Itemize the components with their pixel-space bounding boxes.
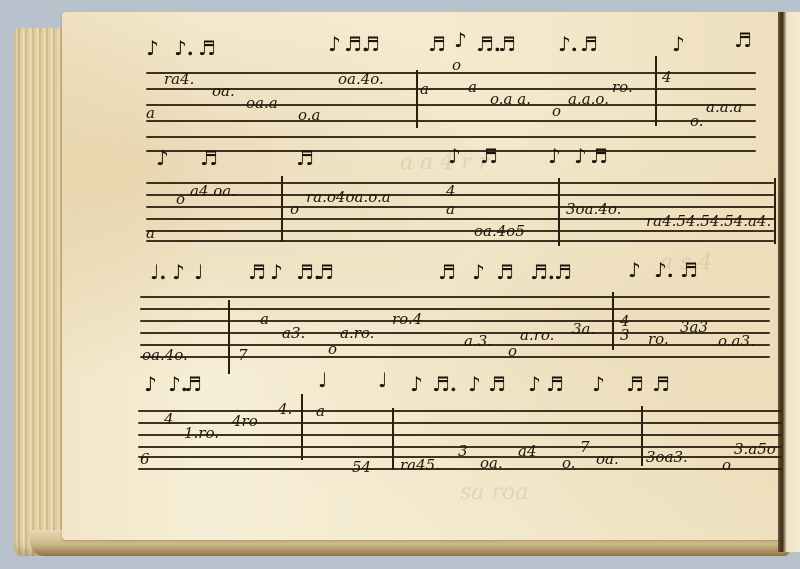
tablature-letters: 3a. [572, 322, 595, 337]
rhythm-flag: ♪ [454, 30, 467, 50]
tablature-letters: 54 [352, 460, 371, 475]
tablature-letters: o.a [298, 108, 320, 123]
staff-line [140, 356, 770, 358]
staff-line [146, 120, 756, 122]
tablature-letters: a [316, 404, 325, 419]
tablature-letters: 7 [580, 440, 590, 455]
tablature-letters: a [446, 202, 455, 217]
tablature-letters: oa. [212, 84, 235, 99]
tablature-letters: a.3. [464, 334, 492, 349]
tablature-letters: 1.ro. [184, 426, 219, 441]
tablature-letters: o. [690, 114, 704, 129]
tablature-letters: o.a3. [718, 334, 755, 349]
tablature-letters: a4 [518, 444, 537, 459]
rhythm-flag: ♪ [146, 38, 159, 58]
tablature-letters: 3a3 [680, 320, 708, 335]
staff-line [146, 206, 774, 208]
rhythm-flag: ♩ [318, 370, 327, 390]
rhythm-flag: ♬ [362, 34, 380, 54]
rhythm-flag: ♬ [546, 374, 564, 394]
tablature-letters: ra4.54.54.54.a4. [646, 214, 771, 229]
tablature-letters: 3.a5o [734, 442, 776, 457]
rhythm-flag: ♩. [150, 262, 166, 282]
tablature-letters: 7 [238, 348, 248, 363]
tablature-letters: oa.4o. [338, 72, 384, 87]
rhythm-flag: ♬ [184, 374, 202, 394]
tablature-letters: ra4. [164, 72, 194, 87]
tablature-letters: a.a.a [706, 100, 742, 115]
rhythm-flag: ♪. [558, 34, 578, 54]
barline [655, 56, 657, 126]
rhythm-flag: ♬ [438, 262, 456, 282]
rhythm-flag: ♬. [530, 262, 555, 282]
tablature-letters: oa. [480, 456, 503, 471]
rhythm-flag: ♪ [410, 374, 423, 394]
tablature-letters: o [328, 342, 337, 357]
tablature-letters: ro.4 [392, 312, 422, 327]
rhythm-flag: ♬. [432, 374, 457, 394]
tablature-letters: oa.4o. [142, 348, 188, 363]
bleed-through-text: sa roa [460, 480, 528, 505]
rhythm-flag: ♪ [592, 374, 605, 394]
rhythm-flag: ♬ [248, 262, 266, 282]
tablature-letters: o [290, 202, 299, 217]
tablature-letters: o. [562, 456, 576, 471]
rhythm-flag: ♪ [270, 262, 283, 282]
rhythm-flag: ♪. [174, 38, 194, 58]
rhythm-flag: ♪ [628, 260, 641, 280]
rhythm-flag: ♬ [590, 146, 608, 166]
rhythm-flag: ♬ [580, 34, 598, 54]
tablature-letters: o.a a. [490, 92, 531, 107]
rhythm-flag: ♪ [468, 374, 481, 394]
tablature-letters: oa. [596, 452, 619, 467]
tablature-letters: a3. [282, 326, 305, 341]
rhythm-flag: ♬ [680, 260, 698, 280]
rhythm-flag: ♪ [672, 34, 685, 54]
tablature-letters: 3oa.4o. [566, 202, 621, 217]
tablature-letters: o [722, 458, 731, 473]
book-gutter [778, 12, 800, 552]
staff-line [138, 434, 782, 436]
rhythm-flag: ♩ [378, 370, 387, 390]
rhythm-flag: ♬ [734, 30, 752, 50]
manuscript-book: a a 4 r ra s 4sa roa♪♪.♬♪♬.♬♬♪♬.♬♪.♬♪♬ar… [0, 0, 800, 569]
tablature-letters: a [146, 226, 155, 241]
tablature-letters: o [452, 58, 461, 73]
rhythm-flag: ♬ [480, 146, 498, 166]
staff-line [146, 230, 774, 232]
rhythm-flag: ♪ [448, 146, 461, 166]
rhythm-flag: ♪ [528, 374, 541, 394]
tablature-letters: 3 [458, 444, 468, 459]
rhythm-flag: ♬ [198, 38, 216, 58]
staff-line [146, 104, 756, 106]
tablature-letters: oa.4o5 [474, 224, 525, 239]
tablature-letters: 4 [164, 412, 174, 427]
barline [281, 176, 283, 242]
rhythm-flag: ♪ [156, 148, 169, 168]
rhythm-flag: ♬ [200, 148, 218, 168]
tablature-letters: 4ro [232, 414, 258, 429]
staff-line [146, 88, 756, 90]
staff-line [146, 194, 774, 196]
rhythm-flag: ♪. [654, 260, 674, 280]
barline [392, 408, 394, 470]
staff-line [140, 296, 770, 298]
staff-line [140, 344, 770, 346]
tablature-letters: oa.a [246, 96, 278, 111]
tablature-letters: ra.o4oa.o.a [306, 190, 391, 205]
barline [641, 406, 643, 466]
tablature-letters: o [508, 344, 517, 359]
tablature-letters: ro. [648, 332, 669, 347]
rhythm-flag: ♪ [328, 34, 341, 54]
tablature-letters: 3 [620, 328, 630, 343]
rhythm-flag: ♬ [554, 262, 572, 282]
barline [301, 394, 303, 460]
rhythm-flag: ♩ [194, 262, 203, 282]
barline [416, 70, 418, 128]
tablature-letters: 4 [446, 184, 456, 199]
tablature-letters: a4.oa. [190, 184, 236, 199]
rhythm-flag: ♬ [498, 34, 516, 54]
tablature-letters: a [260, 312, 269, 327]
tablature-letters: a.ro. [520, 328, 554, 343]
tablature-letters: ra45. [400, 458, 440, 473]
tablature-letters: 4. [278, 402, 292, 417]
staff-line [138, 468, 782, 470]
rhythm-flag: ♬ [316, 262, 334, 282]
rhythm-flag: ♪ [574, 146, 587, 166]
tablature-letters: o [552, 104, 561, 119]
tablature-letters: 6 [140, 452, 150, 467]
rhythm-flag: ♬ [488, 374, 506, 394]
barline [774, 178, 776, 244]
rhythm-flag: ♬ [428, 34, 446, 54]
staff-line [146, 182, 774, 184]
barline [612, 292, 614, 350]
bleed-through-text: a a 4 r r [400, 150, 489, 175]
staff-line [140, 332, 770, 334]
rhythm-flag: ♪ [144, 374, 157, 394]
rhythm-flag: ♬ [296, 148, 314, 168]
staff-line [146, 136, 756, 138]
barline [558, 178, 560, 246]
staff-line [140, 308, 770, 310]
rhythm-flag: ♪ [472, 262, 485, 282]
tablature-letters: a.a.o. [568, 92, 609, 107]
barline [228, 300, 230, 374]
staff-line [140, 320, 770, 322]
rhythm-flag: ♬ [496, 262, 514, 282]
rhythm-flag: ♬ [652, 374, 670, 394]
rhythm-flag: ♪ [172, 262, 185, 282]
rhythm-flag: ♪ [548, 146, 561, 166]
tablature-letters: 3oa3. [646, 450, 688, 465]
tablature-letters: a [420, 82, 429, 97]
tablature-letters: a [468, 80, 477, 95]
tablature-letters: o [176, 192, 185, 207]
tablature-letters: a.ro. [340, 326, 374, 341]
tablature-letters: ro. [612, 80, 633, 95]
tablature-letters: a [146, 106, 155, 121]
staff-line [146, 240, 774, 242]
tablature-letters: 4 [662, 70, 672, 85]
rhythm-flag: ♬ [626, 374, 644, 394]
book-fore-edge [14, 28, 66, 556]
